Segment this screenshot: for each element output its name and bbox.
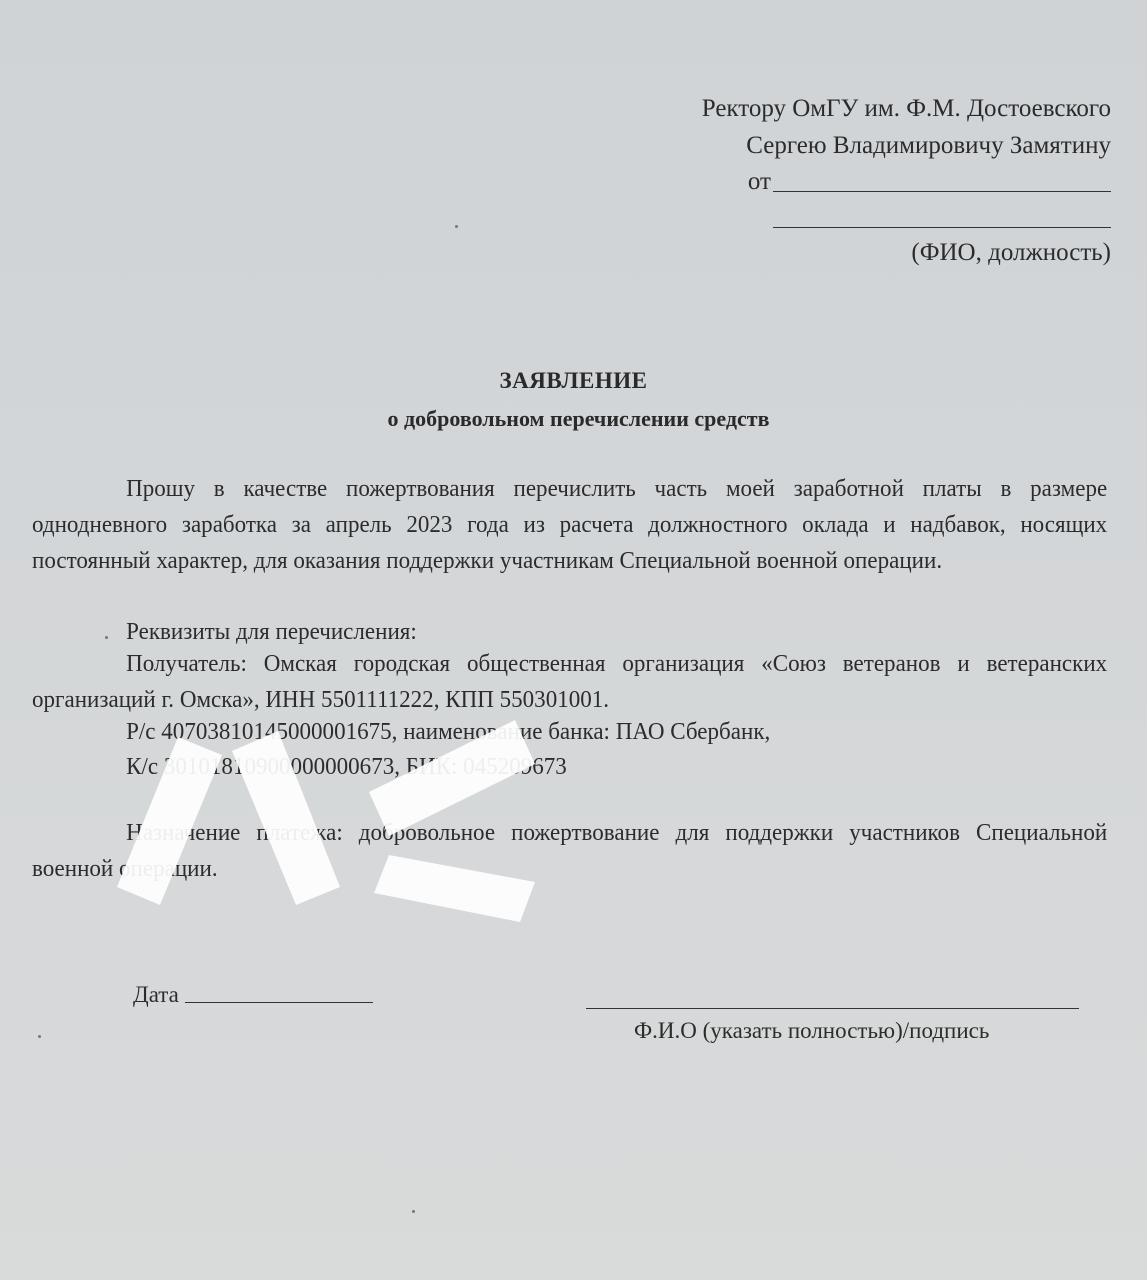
document-title: ЗАЯВЛЕНИЕ xyxy=(0,368,1147,394)
date-row: Дата xyxy=(133,982,373,1008)
paper-speck xyxy=(38,1035,41,1038)
addressee-line-rector: Ректору ОмГУ им. Ф.М. Достоевского xyxy=(702,90,1111,127)
document-subtitle: о добровольном перечислении средств xyxy=(0,406,1147,432)
corr-account-paragraph: К/с 30101810900000000673, БИК: 045209673 xyxy=(32,749,1107,785)
details-heading: Реквизиты для перечисления: xyxy=(32,614,1107,650)
date-label: Дата xyxy=(133,982,179,1008)
from-label: от xyxy=(748,163,771,200)
account-paragraph: Р/с 40703810145000001675, наименование б… xyxy=(32,714,1107,750)
request-text: Прошу в качестве пожертвования перечисли… xyxy=(32,471,1107,579)
addressee-line-name: Сергею Владимировичу Замятину xyxy=(702,127,1111,164)
date-field[interactable] xyxy=(185,1001,373,1003)
addressee-block: Ректору ОмГУ им. Ф.М. Достоевского Серге… xyxy=(702,90,1111,271)
purpose-text: Назначение платежа: добровольное пожертв… xyxy=(32,815,1107,887)
corr-account-text: К/с 30101810900000000673, БИК: 045209673 xyxy=(32,749,1107,785)
details-heading-block: Реквизиты для перечисления: xyxy=(32,614,1107,650)
purpose-paragraph: Назначение платежа: добровольное пожертв… xyxy=(32,815,1107,887)
fio-position-caption: (ФИО, должность) xyxy=(702,234,1111,271)
paper-speck xyxy=(455,225,458,228)
from-name-field[interactable] xyxy=(773,190,1111,192)
from-position-field[interactable] xyxy=(773,226,1111,228)
paper-speck xyxy=(412,1210,415,1213)
signature-field[interactable] xyxy=(586,1008,1079,1009)
from-row: от xyxy=(702,164,1111,200)
signature-caption: Ф.И.О (указать полностью)/подпись xyxy=(634,1018,989,1044)
request-paragraph: Прошу в качестве пожертвования перечисли… xyxy=(32,471,1107,579)
recipient-paragraph: Получатель: Омская городская общественна… xyxy=(32,646,1107,718)
from-position-row xyxy=(702,200,1111,232)
document-page: Ректору ОмГУ им. Ф.М. Достоевского Серге… xyxy=(0,0,1147,1280)
paper-speck xyxy=(105,636,108,639)
recipient-text: Получатель: Омская городская общественна… xyxy=(32,646,1107,718)
account-text: Р/с 40703810145000001675, наименование б… xyxy=(32,714,1107,750)
